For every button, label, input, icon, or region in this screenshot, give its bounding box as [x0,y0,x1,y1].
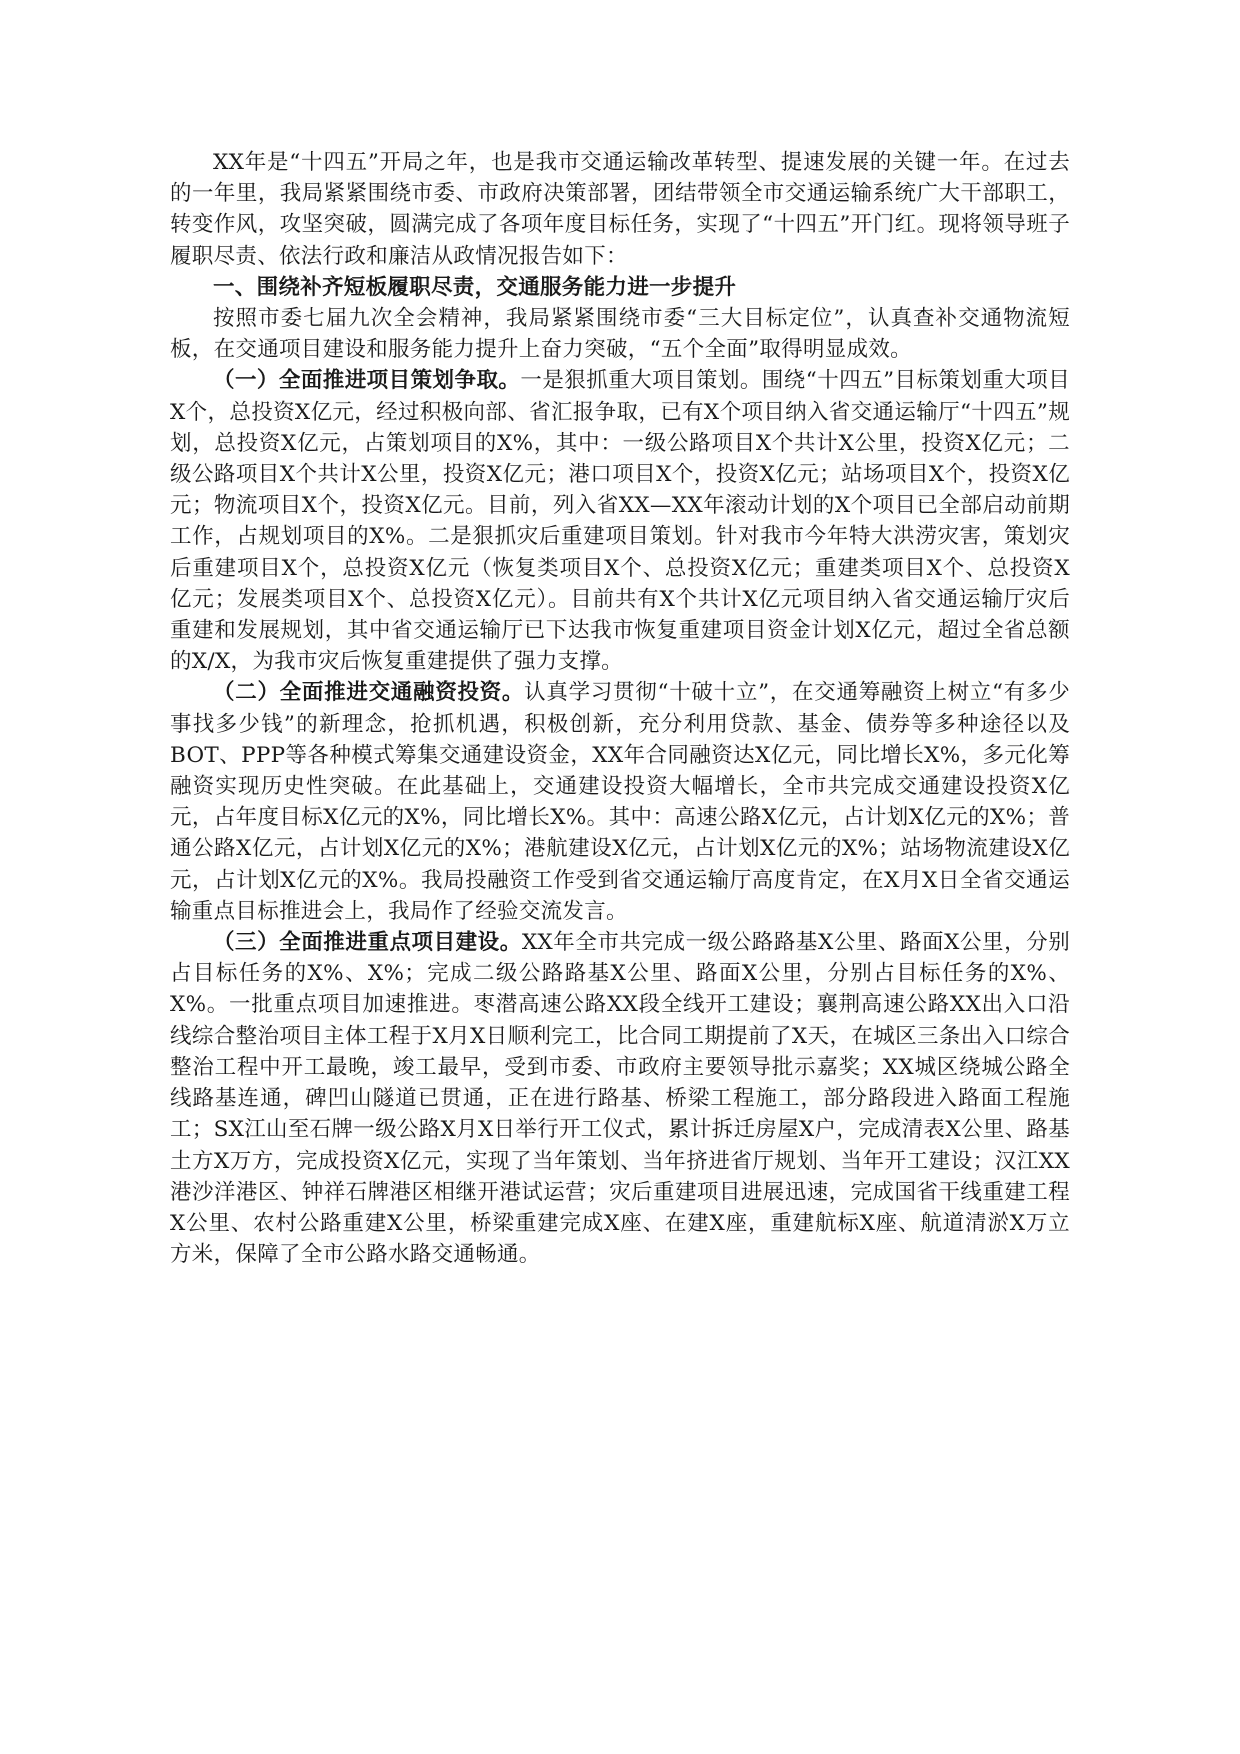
item-body-2: 认真学习贯彻“十破十立”，在交通筹融资上树立“有多少事找多少钱”的新理念，抢抓机… [170,680,1070,923]
item-title-1: （一）全面推进项目策划争取。 [213,368,520,393]
intro-paragraph: XX年是“十四五”开局之年，也是我市交通运输改革转型、提速发展的关键一年。在过去… [170,147,1070,272]
item-body-1: 一是狠抓重大项目策划。围绕“十四五”目标策划重大项目X个，总投资X亿元，经过积极… [170,368,1070,674]
item-paragraph-2: （二）全面推进交通融资投资。认真学习贯彻“十破十立”，在交通筹融资上树立“有多少… [170,677,1070,927]
item-title-2: （二）全面推进交通融资投资。 [213,680,524,705]
section-lead-paragraph: 按照市委七届九次全会精神，我局紧紧围绕市委“三大目标定位”，认真查补交通物流短板… [170,303,1070,365]
section-heading-1: 一、围绕补齐短板履职尽责，交通服务能力进一步提升 [170,272,1070,303]
item-paragraph-3: （三）全面推进重点项目建设。XX年全市共完成一级公路路基X公里、路面X公里，分别… [170,927,1070,1270]
item-title-3: （三）全面推进重点项目建设。 [213,930,522,955]
item-paragraph-1: （一）全面推进项目策划争取。一是狠抓重大项目策划。围绕“十四五”目标策划重大项目… [170,365,1070,677]
document-page: XX年是“十四五”开局之年，也是我市交通运输改革转型、提速发展的关键一年。在过去… [170,147,1070,1270]
item-body-3: XX年全市共完成一级公路路基X公里、路面X公里，分别占目标任务的X%、X%；完成… [170,930,1070,1267]
